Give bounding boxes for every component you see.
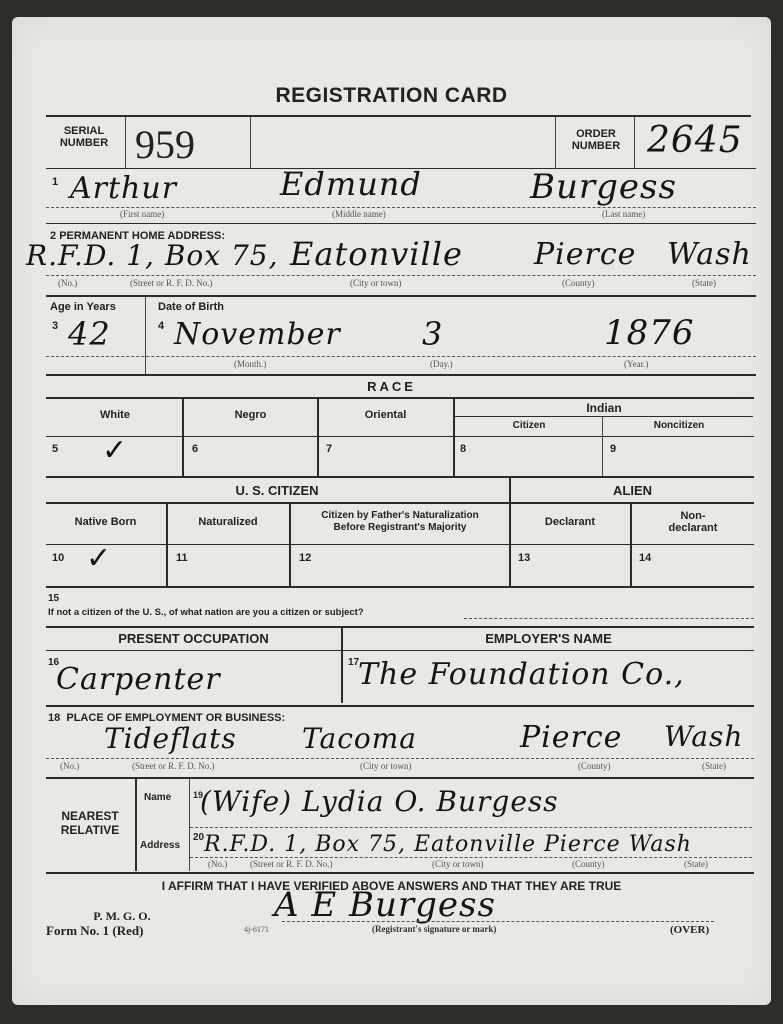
divider: [135, 779, 137, 871]
relative-name-underline: [190, 827, 752, 828]
rule: [46, 502, 754, 504]
caption-city: (City or town): [360, 761, 412, 771]
field-number: 14: [639, 552, 651, 564]
nearest-relative-line-1: NEAREST: [46, 809, 134, 823]
dob-day-value: 3: [422, 315, 443, 353]
race-indian-citizen-label: Citizen: [455, 420, 603, 431]
caption-state: (State): [702, 761, 726, 771]
caption-state: (State): [684, 859, 708, 869]
field-number: 5: [52, 443, 58, 455]
race-indian-noncitizen-label: Noncitizen: [604, 420, 754, 431]
field-number: 12: [299, 552, 311, 564]
rule: [46, 626, 754, 628]
age-value: 42: [68, 315, 111, 353]
race-oriental-label: Oriental: [319, 409, 452, 421]
relative-address-underline: [190, 857, 752, 858]
order-number-value: 2645: [647, 120, 743, 161]
divider: [125, 117, 126, 169]
rule: [46, 397, 754, 399]
field-number: 18: [48, 712, 60, 724]
occupation-value: Carpenter: [56, 662, 221, 697]
caption-street: (Street or R. F. D. No.): [132, 761, 215, 771]
field-number: 13: [518, 552, 530, 564]
rule: [46, 872, 754, 874]
rule: [46, 476, 754, 478]
dob-year-value: 1876: [604, 313, 695, 353]
father-naturalization-line-2: Before Registrant's Majority: [291, 522, 509, 534]
race-heading: RACE: [12, 379, 771, 394]
rule: [455, 416, 753, 417]
caption-no: (No.): [60, 761, 79, 771]
form-number: Form No. 1 (Red): [46, 923, 143, 939]
last-name-caption: (Last name): [602, 209, 645, 219]
home-county-value: Pierce: [534, 237, 636, 272]
divider: [145, 297, 146, 375]
field-number: 4: [158, 320, 164, 332]
employment-street-value: Tideflats: [104, 722, 237, 755]
nearest-relative-label: NEAREST RELATIVE: [46, 809, 134, 837]
rule: [46, 650, 754, 651]
registration-card: REGISTRATION CARD SERIAL NUMBER 959 ORDE…: [12, 17, 771, 1005]
relative-name-label: Name: [144, 792, 171, 803]
form-agency: P. M. G. O.: [52, 909, 192, 924]
us-citizen-heading: U. S. CITIZEN: [46, 483, 508, 498]
home-city-value: Eatonville: [290, 235, 463, 273]
alien-heading: ALIEN: [511, 483, 754, 498]
occupation-heading: PRESENT OCCUPATION: [46, 631, 341, 646]
field-number: 20: [193, 832, 204, 843]
race-indian-label: Indian: [455, 401, 753, 415]
card-title: REGISTRATION CARD: [12, 84, 771, 108]
caption-city: (City or town): [432, 859, 484, 869]
caption-year: (Year.): [624, 359, 648, 369]
rule: [46, 777, 754, 779]
name-underline: [46, 207, 756, 208]
field-number: 6: [192, 443, 198, 455]
last-name-value: Burgess: [530, 167, 677, 207]
dob-month-value: November: [174, 317, 341, 352]
employer-heading: EMPLOYER'S NAME: [343, 631, 754, 646]
signature-line[interactable]: [282, 921, 714, 922]
home-state-value: Wash: [667, 237, 752, 272]
father-naturalization-label: Citizen by Father's Naturalization Befor…: [291, 510, 509, 534]
nondeclarant-label: Non- declarant: [632, 510, 754, 534]
field-number: 3: [52, 320, 58, 332]
race-white-label: White: [48, 409, 182, 421]
caption-no: (No.): [58, 278, 77, 288]
divider: [555, 117, 556, 169]
signature-caption: (Registrant's signature or mark): [372, 924, 496, 934]
rule: [46, 295, 756, 297]
divider: [634, 117, 635, 169]
field-number: 11: [176, 552, 188, 564]
employment-city-value: Tacoma: [302, 722, 417, 755]
registrant-signature: A E Burgess: [274, 885, 496, 925]
rule: [46, 115, 751, 117]
field-number: 7: [326, 443, 332, 455]
caption-city: (City or town): [350, 278, 402, 288]
rule: [46, 374, 756, 376]
age-label: Age in Years: [50, 301, 116, 313]
first-name-caption: (First name): [120, 209, 164, 219]
serial-number-value: 959: [135, 121, 195, 168]
caption-county: (County): [578, 761, 611, 771]
employment-underline: [46, 758, 754, 759]
declarant-label: Declarant: [511, 516, 629, 528]
caption-street: (Street or R. F. D. No.): [130, 278, 213, 288]
employer-value: The Foundation Co.,: [358, 657, 685, 692]
relative-address-value: R.F.D. 1, Box 75, Eatonville Pierce Wash: [204, 832, 692, 857]
home-street-value: R.F.D. 1, Box 75,: [26, 239, 278, 272]
middle-name-caption: (Middle name): [332, 209, 386, 219]
divider: [250, 117, 251, 169]
nondeclarant-line-1: Non-: [632, 510, 754, 522]
nation-answer-line[interactable]: [464, 618, 754, 619]
rule: [46, 705, 754, 707]
native-born-checkmark[interactable]: ✓: [86, 541, 111, 576]
rule: [46, 223, 756, 224]
employment-county-value: Pierce: [520, 720, 622, 755]
first-name-value: Arthur: [70, 171, 177, 206]
caption-county: (County): [572, 859, 605, 869]
nondeclarant-line-2: declarant: [632, 522, 754, 534]
field-number: 10: [52, 552, 64, 564]
order-number-label: ORDER NUMBER: [560, 128, 632, 152]
relative-name-value: (Wife) Lydia O. Burgess: [200, 785, 559, 818]
nearest-relative-line-2: RELATIVE: [46, 823, 134, 837]
race-negro-label: Negro: [184, 409, 317, 421]
caption-county: (County): [562, 278, 595, 288]
field-number: 8: [460, 443, 466, 455]
rule: [46, 436, 754, 437]
caption-no: (No.): [208, 859, 227, 869]
naturalized-label: Naturalized: [168, 516, 288, 528]
caption-month: (Month.): [234, 359, 266, 369]
serial-label-line-1: SERIAL: [48, 125, 120, 137]
order-label-line-1: ORDER: [560, 128, 632, 140]
dob-label: Date of Birth: [158, 301, 224, 313]
race-white-checkmark[interactable]: ✓: [102, 433, 127, 468]
dob-underline: [46, 356, 756, 357]
caption-street: (Street or R. F. D. No.): [250, 859, 333, 869]
rule: [46, 586, 754, 588]
father-naturalization-line-1: Citizen by Father's Naturalization: [291, 510, 509, 522]
employment-state-value: Wash: [664, 720, 743, 753]
divider: [602, 417, 603, 476]
middle-name-value: Edmund: [280, 165, 422, 203]
serial-number-label: SERIAL NUMBER: [48, 125, 120, 149]
order-label-line-2: NUMBER: [560, 140, 632, 152]
address-underline: [46, 275, 756, 276]
field-number: 15: [48, 593, 59, 604]
serial-label-line-2: NUMBER: [48, 137, 120, 149]
over-label: (OVER): [670, 924, 709, 936]
nation-question: If not a citizen of the U. S., of what n…: [48, 607, 364, 618]
print-code: 4j-6171: [244, 925, 269, 934]
caption-state: (State): [692, 278, 716, 288]
field-number: 9: [610, 443, 616, 455]
relative-address-label: Address: [140, 840, 180, 851]
rule: [46, 544, 754, 545]
caption-day: (Day.): [430, 359, 453, 369]
field-number: 1: [52, 176, 58, 188]
native-born-label: Native Born: [46, 516, 165, 528]
